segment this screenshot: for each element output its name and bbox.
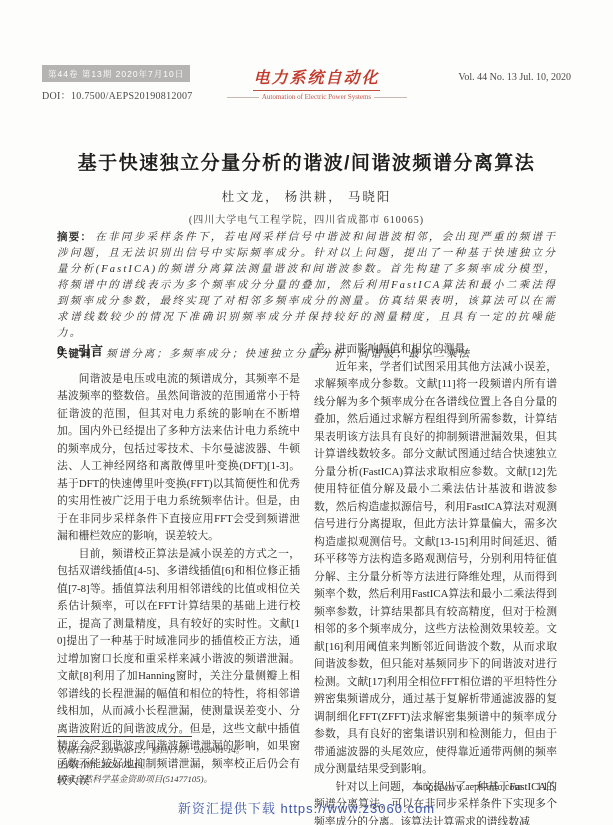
journal-header: 第44卷 第13期 2020年7月10日 DOI：10.7500/AEPS201…: [42, 64, 571, 102]
affiliation: (四川大学电气工程学院，四川省成都市 610065): [0, 211, 613, 226]
title-block: 基于快速独立分量分析的谐波/间谐波频谱分离算法 杜文龙， 杨洪耕， 马晓阳 (四…: [0, 148, 613, 226]
journal-name-cn: 电力系统自动化: [253, 65, 379, 91]
journal-name-en: Automation of Electric Power Systems: [259, 93, 374, 101]
footnote-online-date: 上网日期：2020-05-19。: [57, 758, 302, 773]
paper-page: 第44卷 第13期 2020年7月10日 DOI：10.7500/AEPS201…: [0, 0, 613, 825]
section-number: 0: [57, 344, 64, 358]
footnote-block: 收稿日期：2019-08-12；修回日期：2020-01-14。 上网日期：20…: [57, 736, 302, 787]
intro-paragraph-3: 近年来，学者们试图采用其他方法减小误差，求解频率成分参数。文献[11]将一段频谱…: [314, 359, 557, 779]
journal-url: http://www.aeps-info.com: [418, 782, 522, 793]
paper-title: 基于快速独立分量分析的谐波/间谐波频谱分离算法: [0, 148, 613, 175]
abstract-paragraph: 摘要：在非同步采样条件下，若电网采样信号中谐波和间谐波相邻，会出现严重的频谱干涉…: [57, 229, 557, 342]
footnote-received-date: 收稿日期：2019-08-12；修回日期：2020-01-14。: [57, 743, 302, 758]
left-rule: [227, 97, 259, 98]
issue-info-box: 第44卷 第13期 2020年7月10日: [42, 65, 190, 82]
right-rule: [374, 97, 406, 98]
header-left-block: 第44卷 第13期 2020年7月10日 DOI：10.7500/AEPS201…: [42, 64, 212, 102]
volume-info: Vol. 44 No. 13 Jul. 10, 2020: [421, 72, 571, 83]
page-footer: http://www.aeps-info.com 115: [418, 781, 556, 793]
intro-paragraph-1: 间谐波是电压或电流的频谱成分，其频率不是基波频率的整数倍。虽然间谐波的范围通常小…: [57, 371, 300, 546]
footnote-funding: 国家自然科学基金资助项目(51477105)。: [57, 772, 302, 787]
footnote-divider: [57, 736, 192, 737]
abstract-text: 在非同步采样条件下，若电网采样信号中谐波和间谐波相邻，会出现严重的频谱干涉问题，…: [57, 232, 557, 339]
section-heading-intro: 0引言: [57, 343, 300, 361]
abstract-label: 摘要：: [57, 231, 95, 243]
intro-paragraph-2-continued: 差，进而影响幅值和相位的测量。: [314, 341, 557, 359]
section-title: 引言: [78, 344, 103, 358]
authors: 杜文龙， 杨洪耕， 马晓阳: [0, 187, 613, 205]
journal-logo: 电力系统自动化 Automation of Electric Power Sys…: [227, 65, 407, 101]
right-column: 差，进而影响幅值和相位的测量。 近年来，学者们试图采用其他方法减小误差，求解频率…: [314, 341, 557, 825]
doi-text: DOI：10.7500/AEPS20190812007: [42, 87, 212, 102]
journal-name-en-row: Automation of Electric Power Systems: [227, 93, 407, 101]
watermark-download-link[interactable]: 新资汇提供下载 https://www.z3060.com: [0, 798, 613, 817]
page-number: 115: [536, 781, 556, 793]
